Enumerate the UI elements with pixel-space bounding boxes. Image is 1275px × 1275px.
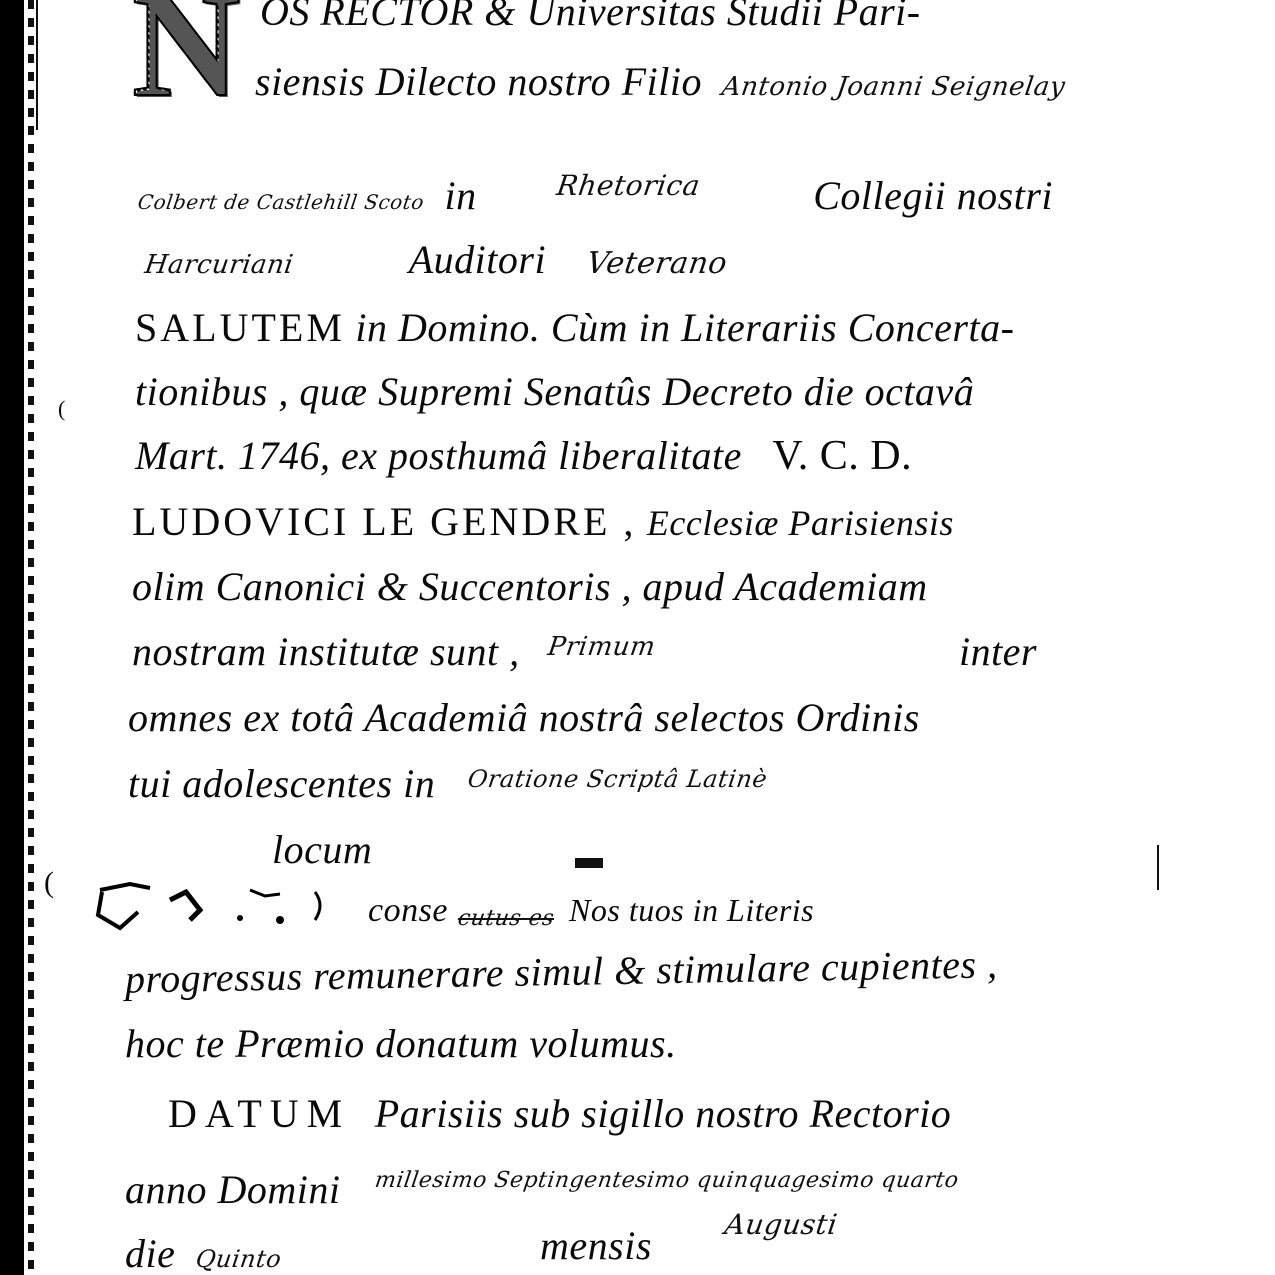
line-13-locum: locum xyxy=(272,827,372,872)
line-7: Mart. 1746, ex posthumâ liberalitate V. … xyxy=(135,432,912,480)
margin-paren: ( xyxy=(58,396,65,422)
line-18: anno Domini millesimo Septingentesimo qu… xyxy=(125,1166,959,1213)
line-6: tionibus , quæ Supremi Senatûs Decreto d… xyxy=(135,368,974,415)
line-4-auditori: Auditori xyxy=(409,237,546,282)
smudge-paren-left: ( xyxy=(44,866,54,900)
line-1: OS RECTOR & Universitas Studii Pari- xyxy=(260,0,921,35)
line-14-conse: conse xyxy=(368,892,448,929)
line-8: LUDOVICI LE GENDRE , Ecclesiæ Parisiensi… xyxy=(132,498,954,545)
line-15: progressus remunerare simul & stimulare … xyxy=(125,940,998,1002)
line-7-printed: Mart. 1746, ex posthumâ liberalitate xyxy=(135,433,742,478)
line-12-printed: tui adolescentes in xyxy=(128,761,435,806)
month-augusti-handwritten: Augusti xyxy=(723,1208,840,1241)
line-17-printed: Parisiis sub sigillo nostro Rectorio xyxy=(375,1091,952,1136)
rank-primum-handwritten: Primum xyxy=(546,632,658,662)
line-16-printed: hoc te Præmio donatum volumus. xyxy=(125,1021,677,1066)
line-14-printed: Nos tuos in Literis xyxy=(569,892,814,928)
line-11-printed: omnes ex totâ Academiâ nostrâ selectos O… xyxy=(128,695,920,740)
line-10-printed: nostram institutæ sunt , xyxy=(132,629,520,674)
line-6-printed: tionibus , quæ Supremi Senatûs Decreto d… xyxy=(135,369,974,414)
line-3: Colbert de Castlehill Scoto in Rhetorica… xyxy=(138,172,1053,219)
line-2: siensis Dilecto nostro Filio Antonio Joa… xyxy=(255,58,1066,105)
drop-cap-n: N xyxy=(132,0,252,105)
line-13: locum xyxy=(272,826,372,873)
class-rhetorica-handwritten: Rhetorica xyxy=(555,169,703,202)
datum-caps: DATUM xyxy=(168,1091,350,1136)
margin-stroke xyxy=(1157,845,1159,890)
line-12: tui adolescentes in Oratione Scriptâ Lat… xyxy=(128,760,767,807)
line-1-printed: OS RECTOR & Universitas Studii Pari- xyxy=(260,0,921,34)
line-4: Harcuriani Auditori Veterano xyxy=(145,236,727,283)
college-harcuriani-handwritten: Harcuriani xyxy=(143,250,295,280)
category-oratione-handwritten: Oratione Scriptâ Latinè xyxy=(466,765,769,793)
veterano-handwritten: Veterano xyxy=(584,246,729,281)
line-9-printed: olim Canonici & Succentoris , apud Acade… xyxy=(132,564,928,609)
line-3-in: in xyxy=(445,173,477,218)
perforation-line xyxy=(36,0,38,130)
line-10-inter: inter xyxy=(959,628,1037,675)
line-9: olim Canonici & Succentoris , apud Acade… xyxy=(132,563,928,610)
line-2-printed: siensis Dilecto nostro Filio xyxy=(255,59,702,104)
line-11: omnes ex totâ Academiâ nostrâ selectos O… xyxy=(128,694,920,741)
recipient-name-handwritten: Antonio Joanni Seignelay xyxy=(720,72,1067,102)
line-14: conse cutus es Nos tuos in Literis xyxy=(368,884,814,931)
line-15-printed: progressus remunerare simul & stimulare … xyxy=(125,941,998,1001)
line-19-mensis: mensis xyxy=(540,1222,652,1269)
line-19: die Quinto mensis Augusti xyxy=(125,1230,1025,1275)
recipient-surname-handwritten: Colbert de Castlehill Scoto xyxy=(136,190,425,214)
salutem-caps: SALUTEM xyxy=(135,305,345,350)
vcd-caps: V. C. D. xyxy=(772,433,912,479)
day-quinto-handwritten: Quinto xyxy=(194,1245,283,1273)
line-3-collegii: Collegii nostri xyxy=(813,172,1053,219)
line-5: SALUTEM in Domino. Cùm in Literariis Con… xyxy=(135,304,1014,351)
line-10: nostram institutæ sunt , Primum inter xyxy=(132,628,1037,675)
ink-smudge xyxy=(90,870,330,940)
line-17: DATUM Parisiis sub sigillo nostro Rector… xyxy=(168,1090,951,1137)
binding-edge xyxy=(0,0,24,1275)
ink-blot xyxy=(575,858,603,868)
line-18-printed: anno Domini xyxy=(125,1167,341,1212)
ludovici-le-gendre-caps: LUDOVICI LE GENDRE , xyxy=(132,499,636,544)
line-5-printed: in Domino. Cùm in Literariis Concerta- xyxy=(355,305,1014,350)
line-16: hoc te Præmio donatum volumus. xyxy=(125,1020,677,1067)
year-handwritten: millesimo Septingentesimo quinquagesimo … xyxy=(373,1168,960,1193)
perforation-strip xyxy=(24,0,38,1275)
line-8-printed: Ecclesiæ Parisiensis xyxy=(647,503,954,543)
line-19-die: die xyxy=(125,1231,175,1275)
consecutus-handwritten: cutus es xyxy=(457,906,557,931)
